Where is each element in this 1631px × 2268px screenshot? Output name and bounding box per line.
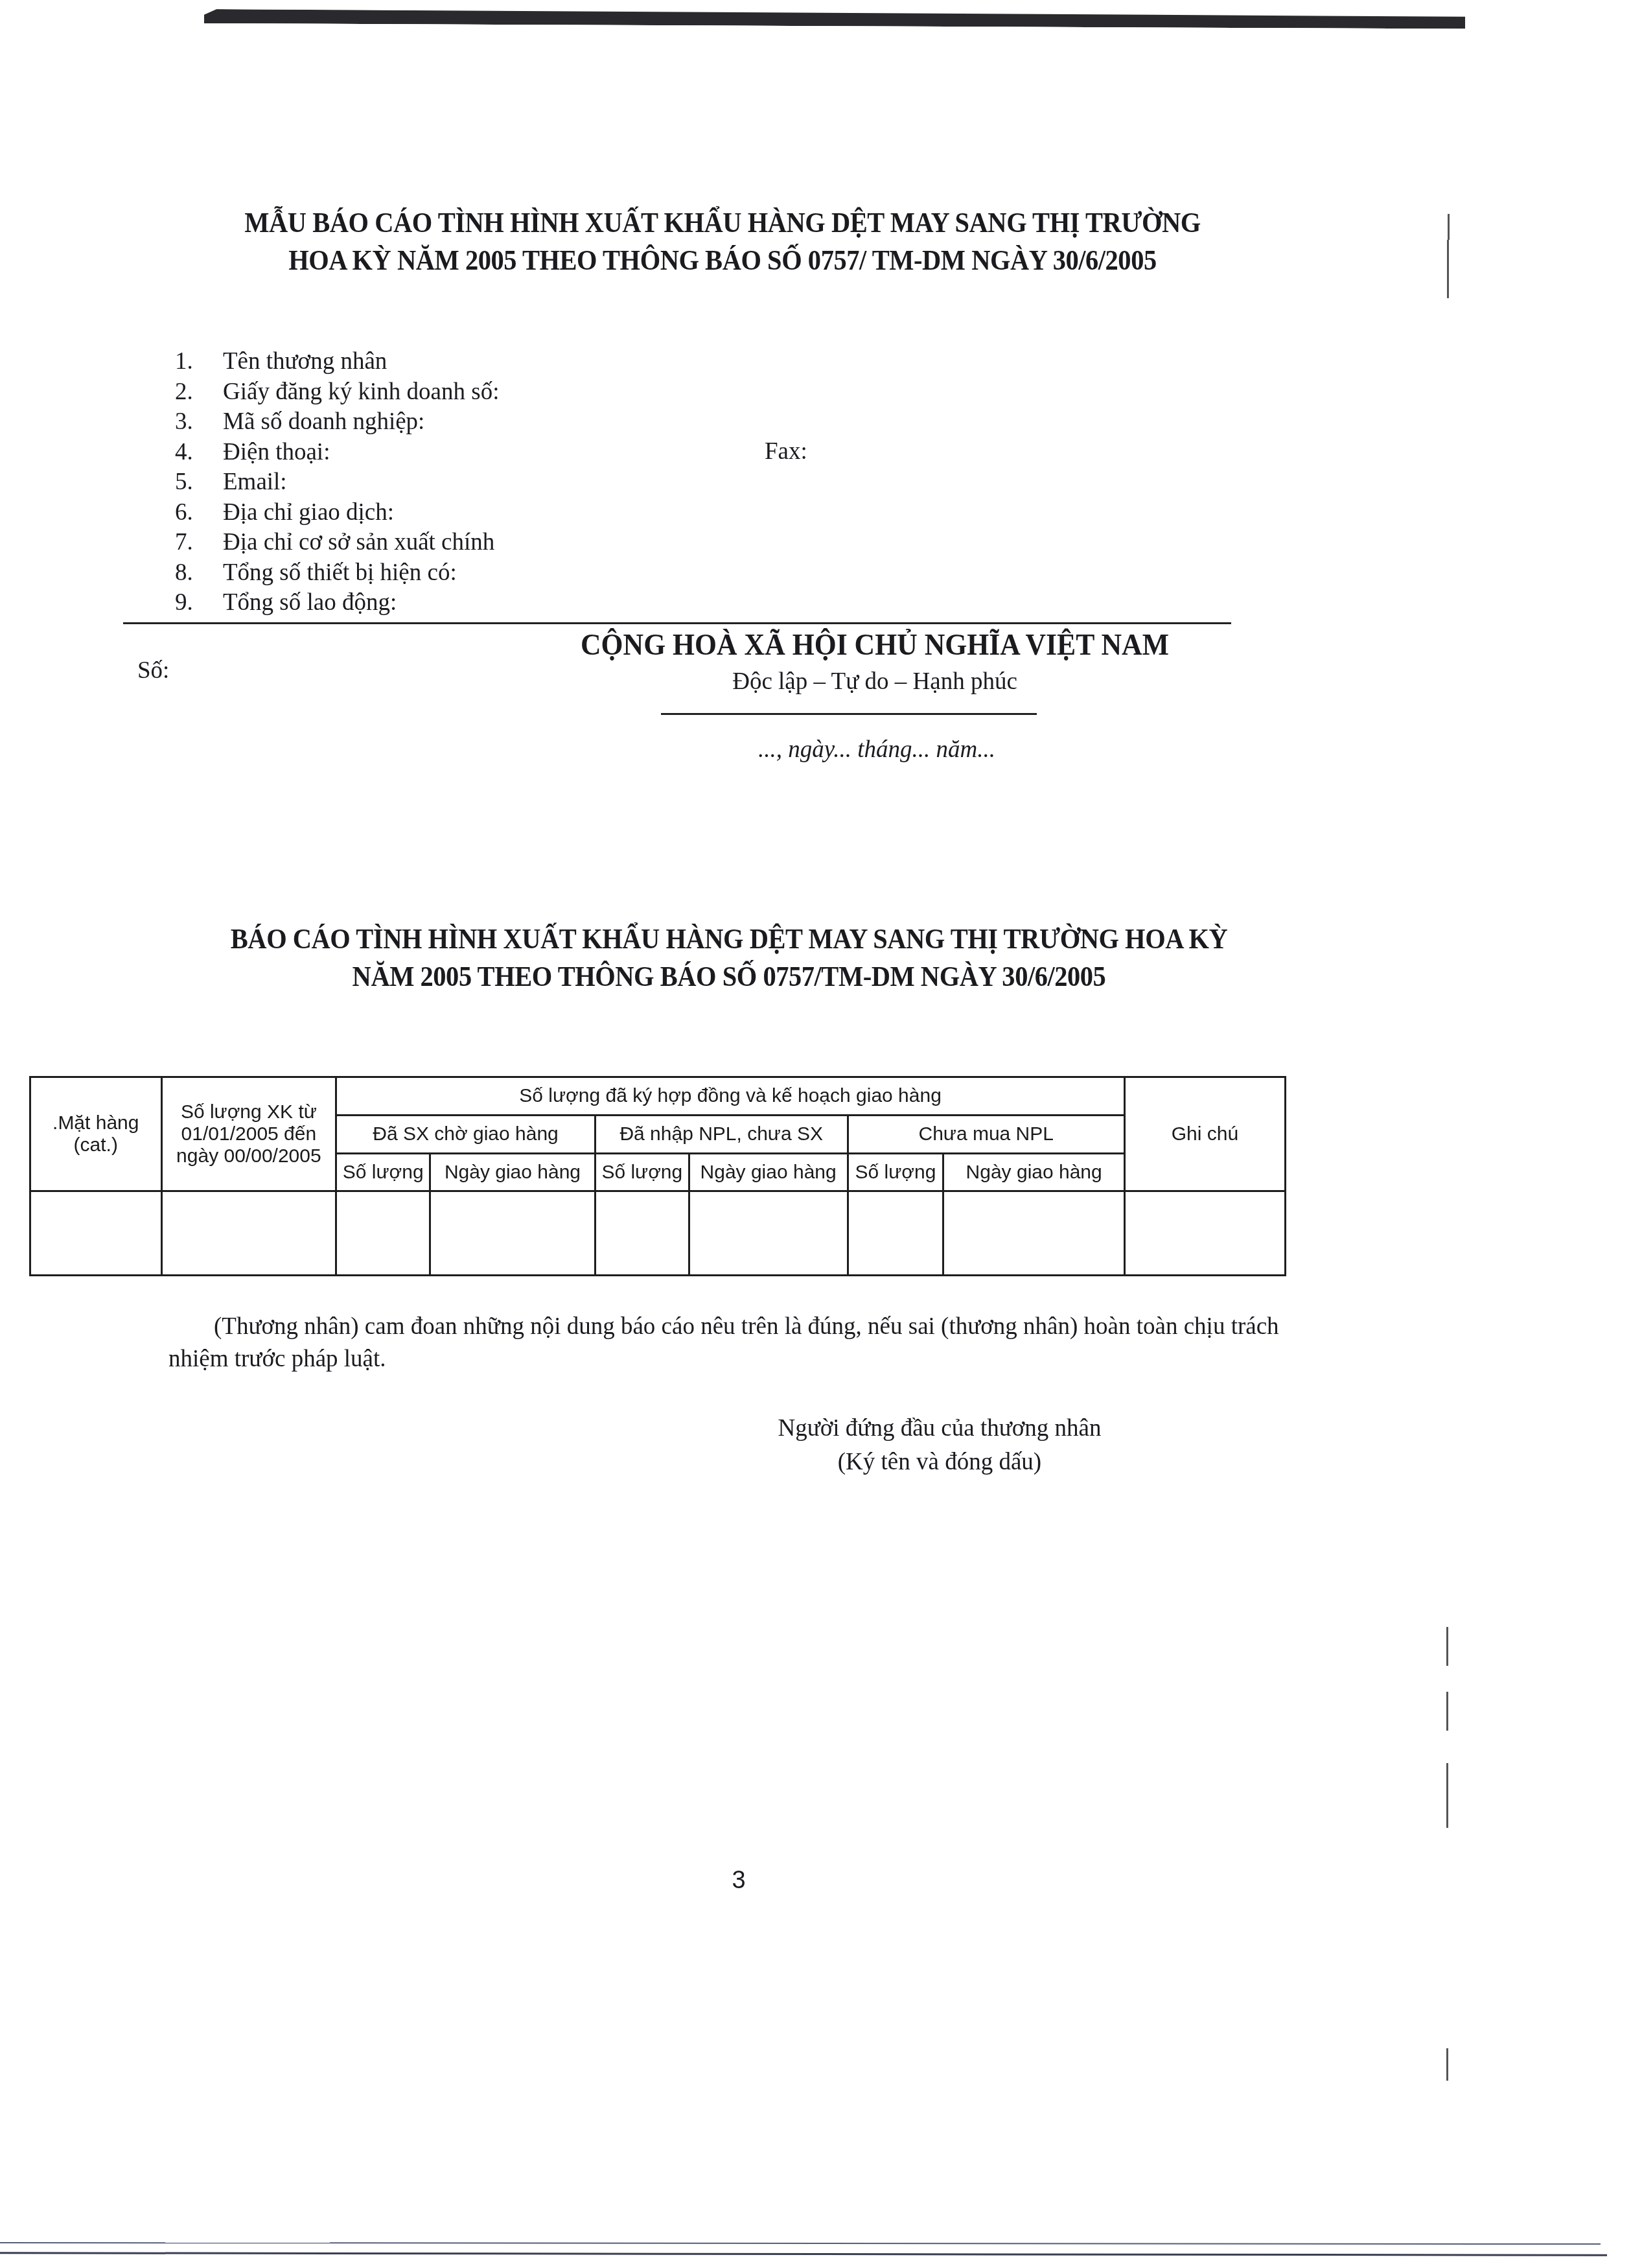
info-item: 6.Địa chỉ giao dịch:	[175, 498, 499, 528]
info-item: 7.Địa chỉ cơ sở sản xuất chính	[175, 528, 499, 558]
header-note: Ghi chú	[1124, 1077, 1285, 1191]
info-item-number: 1.	[175, 347, 223, 377]
national-title: CỘNG HOÀ XÃ HỘI CHỦ NGHĨA VIỆT NAM	[526, 627, 1225, 662]
export-report-table: .Mặt hàng (cat.) Số lượng XK từ 01/01/20…	[29, 1076, 1286, 1276]
info-item: 3.Mã số doanh nghiệp:	[175, 407, 499, 438]
report-title-line1: BÁO CÁO TÌNH HÌNH XUẤT KHẨU HÀNG DỆT MAY…	[159, 920, 1298, 958]
signer-role: Người đứng đầu của thương nhân	[713, 1412, 1166, 1445]
info-item-number: 3.	[175, 407, 223, 438]
info-item-label: Email:	[223, 467, 287, 498]
header-quantity: Số lượng	[595, 1154, 689, 1191]
form-title-line1: MẪU BÁO CÁO TÌNH HÌNH XUẤT KHẨU HÀNG DỆT…	[165, 204, 1280, 242]
scan-edge-bottom	[0, 2252, 1607, 2256]
info-item-label: Địa chỉ cơ sở sản xuất chính	[223, 528, 494, 558]
info-item: 1.Tên thương nhân	[175, 347, 499, 377]
national-motto: Độc lập – Tự do – Hạnh phúc	[583, 668, 1166, 696]
table-cell[interactable]	[336, 1191, 430, 1276]
info-item-number: 6.	[175, 498, 223, 528]
table-cell[interactable]	[848, 1191, 943, 1276]
header-export-line: Số lượng XK từ	[164, 1101, 334, 1123]
info-item-number: 8.	[175, 558, 223, 589]
header-item-line: .Mặt hàng	[32, 1112, 159, 1134]
info-item-label: Điện thoại:	[223, 438, 330, 468]
header-export-quantity: Số lượng XK từ 01/01/2005 đến ngày 00/00…	[161, 1077, 336, 1191]
info-item-label: Mã số doanh nghiệp:	[223, 407, 424, 438]
scan-mark	[1446, 2048, 1448, 2081]
document-number-label: Số:	[137, 657, 169, 684]
form-title-line2: HOA KỲ NĂM 2005 THEO THÔNG BÁO SỐ 0757/ …	[165, 242, 1280, 279]
header-produced-awaiting: Đã SX chờ giao hàng	[336, 1116, 596, 1154]
table-cell[interactable]	[689, 1191, 848, 1276]
scan-edge-top	[204, 9, 1465, 29]
header-delivery-date: Ngày giao hàng	[430, 1154, 596, 1191]
signer-instruction: (Ký tên và đóng dấu)	[713, 1445, 1166, 1479]
header-export-line: ngày 00/00/2005	[164, 1145, 334, 1167]
header-export-line: 01/01/2005 đến	[164, 1123, 334, 1145]
section-divider	[123, 622, 1231, 624]
header-delivery-date: Ngày giao hàng	[943, 1154, 1125, 1191]
info-item-number: 2.	[175, 377, 223, 408]
info-item-number: 9.	[175, 588, 223, 618]
header-delivery-date: Ngày giao hàng	[689, 1154, 848, 1191]
page-number: 3	[713, 1867, 765, 1895]
fax-label: Fax:	[765, 438, 807, 465]
signature-block: Người đứng đầu của thương nhân (Ký tên v…	[713, 1412, 1166, 1479]
dateline: ..., ngày... tháng... năm...	[758, 736, 995, 764]
info-item: 8.Tổng số thiết bị hiện có:	[175, 558, 499, 589]
header-quantity: Số lượng	[848, 1154, 943, 1191]
form-title: MẪU BÁO CÁO TÌNH HÌNH XUẤT KHẨU HÀNG DỆT…	[165, 204, 1280, 279]
company-info-list: 1.Tên thương nhân 2.Giấy đăng ký kinh do…	[175, 347, 499, 618]
info-item-number: 7.	[175, 528, 223, 558]
table-row	[30, 1191, 1286, 1276]
info-item: 2.Giấy đăng ký kinh doanh số:	[175, 377, 499, 408]
info-item-label: Địa chỉ giao dịch:	[223, 498, 394, 528]
header-contract-group: Số lượng đã ký hợp đồng và kế hoạch giao…	[336, 1077, 1125, 1116]
info-item: 5.Email:	[175, 467, 499, 498]
table-cell[interactable]	[595, 1191, 689, 1276]
report-title-line2: NĂM 2005 THEO THÔNG BÁO SỐ 0757/TM-DM NG…	[159, 958, 1298, 996]
scan-mark	[1446, 1763, 1448, 1828]
header-item-line: (cat.)	[32, 1134, 159, 1156]
table-cell[interactable]	[1124, 1191, 1285, 1276]
table-cell[interactable]	[30, 1191, 162, 1276]
pledge-statement: (Thương nhân) cam đoan những nội dung bá…	[168, 1311, 1315, 1375]
scan-mark	[1446, 1692, 1448, 1731]
scan-mark	[1446, 1627, 1448, 1666]
info-item-label: Tên thương nhân	[223, 347, 387, 377]
header-item: .Mặt hàng (cat.)	[30, 1077, 162, 1191]
table-cell[interactable]	[430, 1191, 596, 1276]
table-cell[interactable]	[943, 1191, 1125, 1276]
header-materials-not-bought: Chưa mua NPL	[848, 1116, 1124, 1154]
info-item: 9.Tổng số lao động:	[175, 588, 499, 618]
info-item-label: Tổng số thiết bị hiện có:	[223, 558, 457, 589]
scan-mark	[1448, 214, 1450, 240]
motto-underline	[661, 713, 1037, 715]
info-item-number: 4.	[175, 438, 223, 468]
info-item: 4.Điện thoại:	[175, 438, 499, 468]
info-item-label: Tổng số lao động:	[223, 588, 397, 618]
info-item-number: 5.	[175, 467, 223, 498]
header-materials-imported: Đã nhập NPL, chưa SX	[595, 1116, 848, 1154]
header-quantity: Số lượng	[336, 1154, 430, 1191]
info-item-label: Giấy đăng ký kinh doanh số:	[223, 377, 499, 408]
scan-edge-bottom	[0, 2242, 1601, 2245]
scan-mark	[1447, 240, 1449, 298]
report-title: BÁO CÁO TÌNH HÌNH XUẤT KHẨU HÀNG DỆT MAY…	[159, 920, 1298, 996]
table-cell[interactable]	[161, 1191, 336, 1276]
